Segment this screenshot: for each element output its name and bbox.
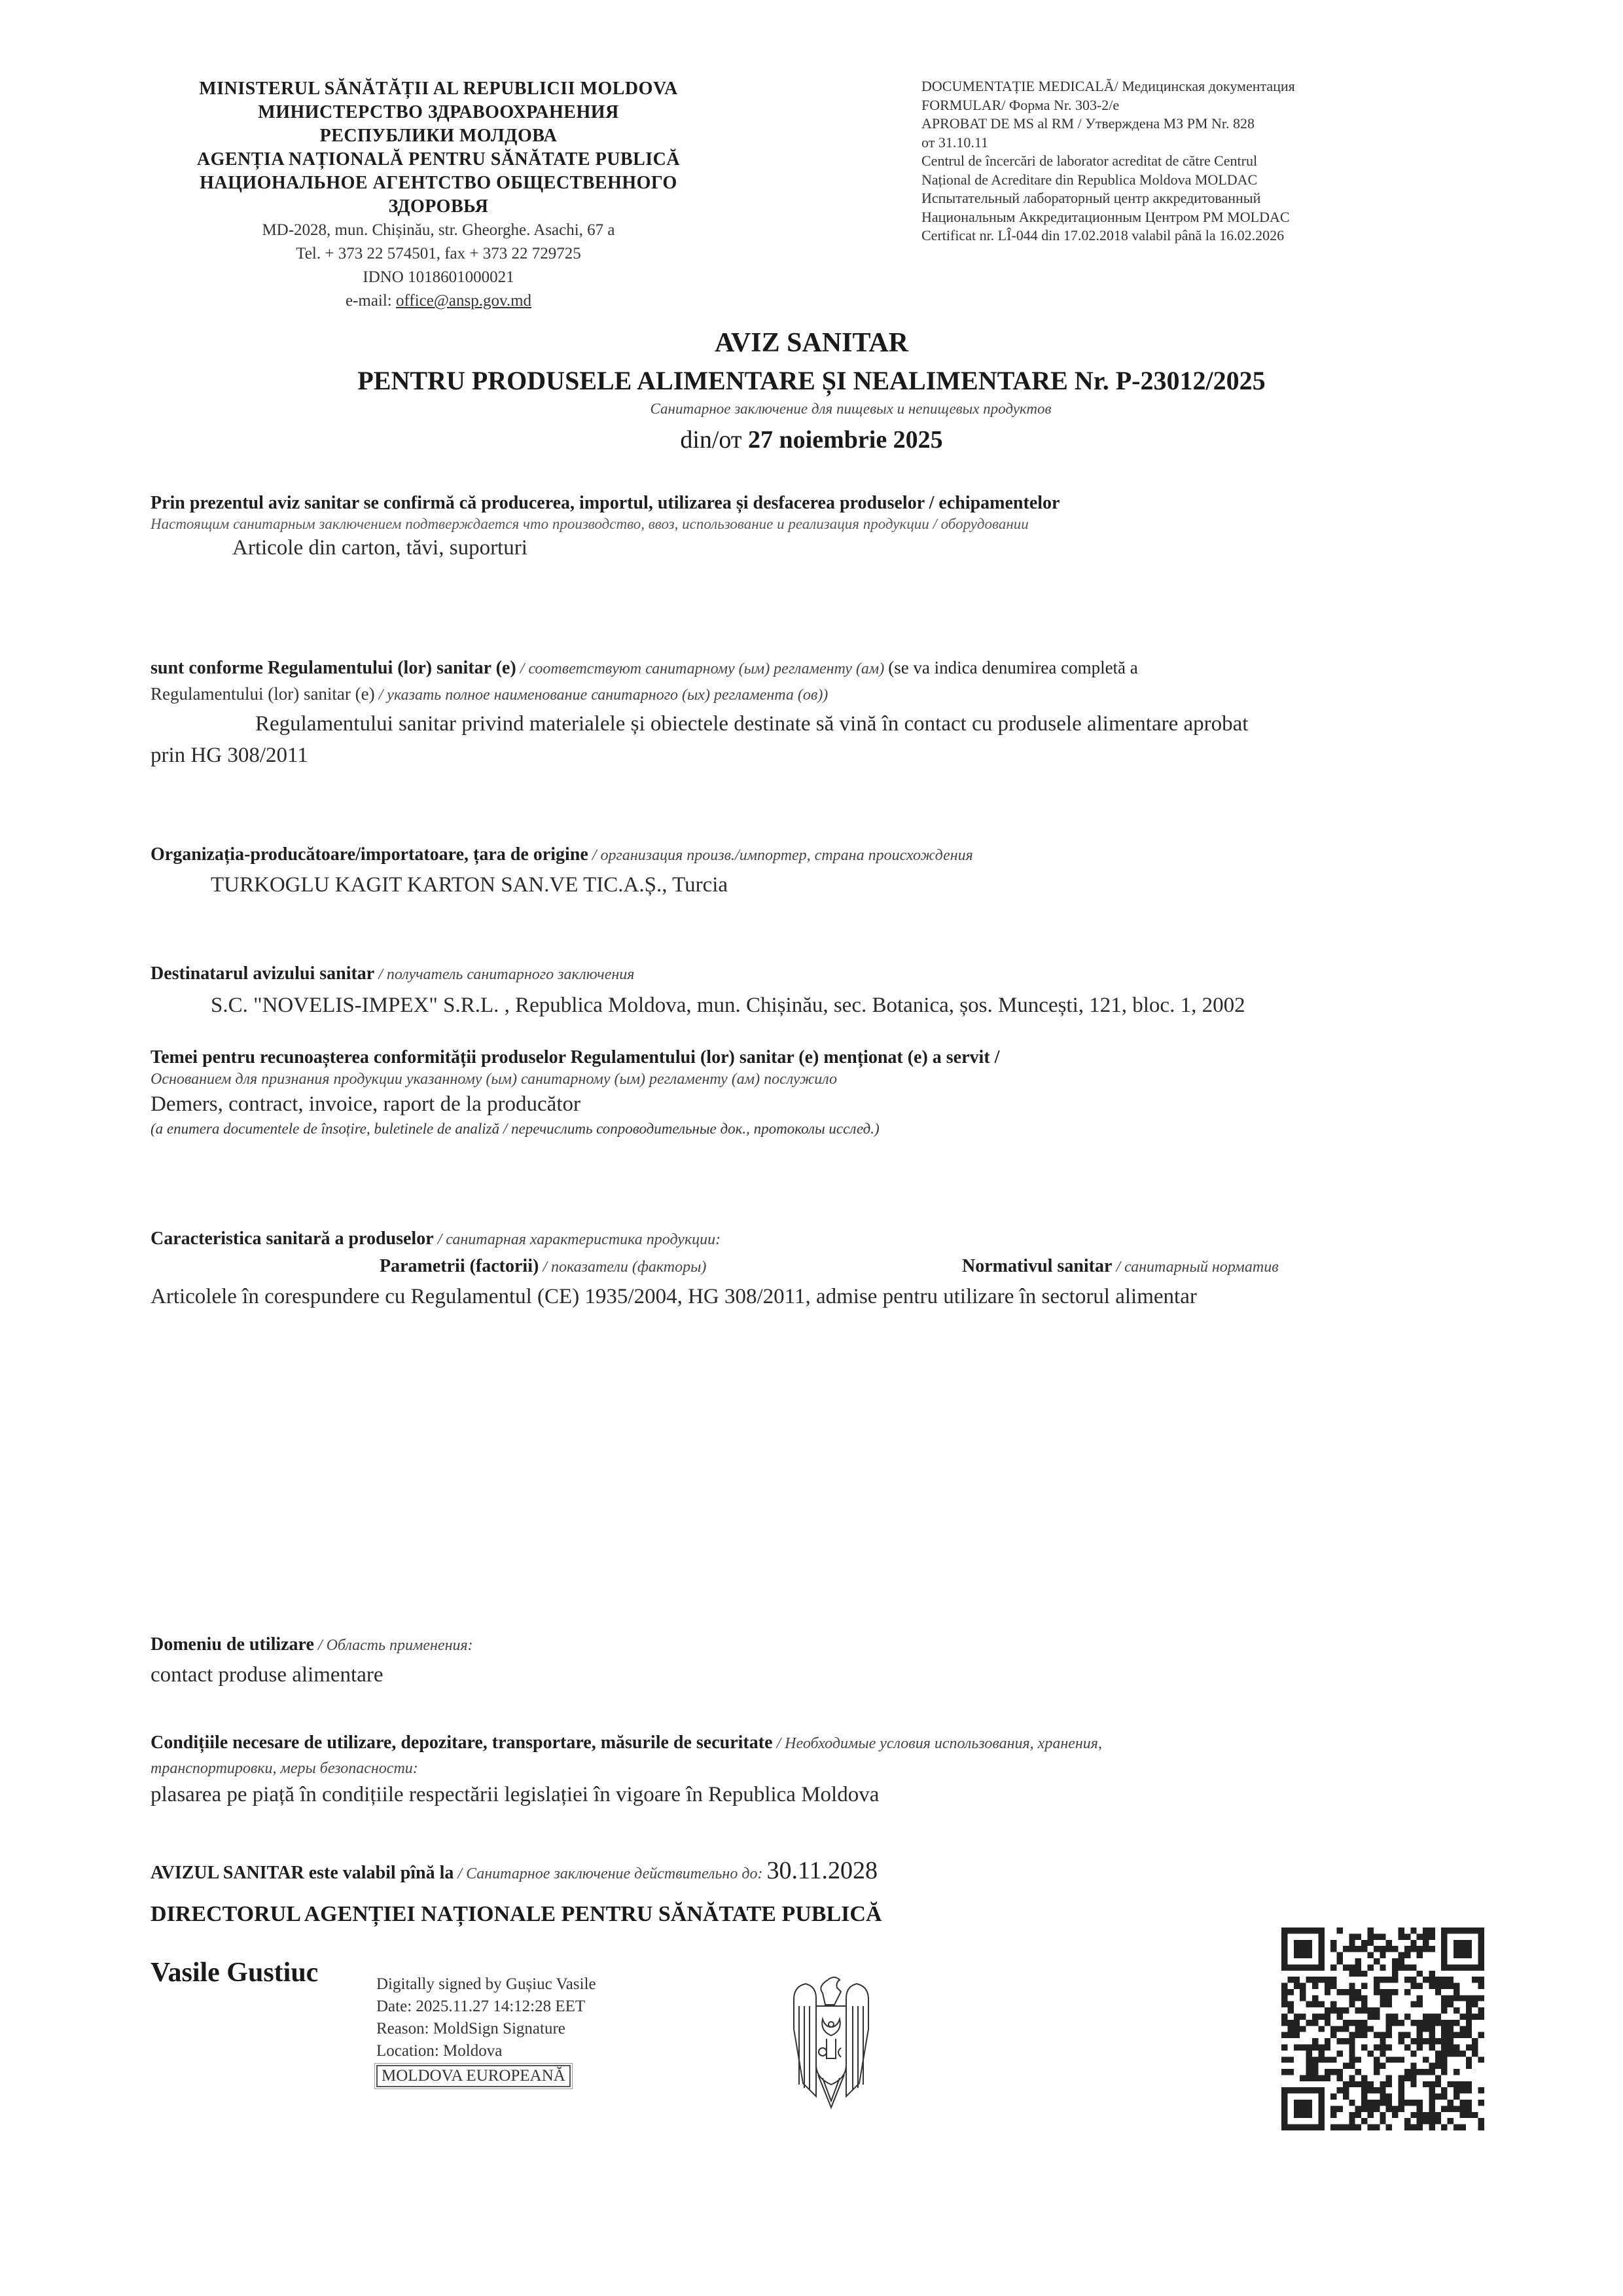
conditions-value: plasarea pe piață în condițiile respectă… bbox=[151, 1780, 1558, 1810]
document-date: din/от 27 noiembrie 2025 bbox=[0, 423, 1623, 457]
validity-label-ru: / Санитарное заключение действительно до… bbox=[454, 1865, 766, 1882]
metadata-line: Certificat nr. LÎ-044 din 17.02.2018 val… bbox=[921, 226, 1458, 245]
section-label: Destinatarul avizului sanitar bbox=[151, 963, 374, 984]
section-recipient: Destinatarul avizului sanitar / получате… bbox=[151, 962, 1558, 1022]
section-label: Regulamentului (lor) sanitar (e) bbox=[151, 684, 375, 704]
signature-reason: Reason: MoldSign Signature bbox=[376, 2018, 596, 2040]
issuer-line: ЗДОРОВЬЯ bbox=[151, 195, 726, 219]
digital-signature-block: Digitally signed by Gușiuc Vasile Date: … bbox=[376, 1973, 596, 2087]
metadata-line: Centrul de încercări de laborator acredi… bbox=[921, 152, 1458, 171]
section-label-ru: / санитарная характеристика продукции: bbox=[434, 1231, 721, 1248]
section-label: Condițiile necesare de utilizare, depozi… bbox=[151, 1732, 773, 1753]
date-value: 27 noiembrie 2025 bbox=[748, 426, 943, 454]
email-link[interactable]: office@ansp.gov.md bbox=[396, 292, 531, 310]
metadata-line: DOCUMENTAȚIE MEDICALĂ/ Медицинская докум… bbox=[921, 77, 1458, 96]
recipient-value: S.C. "NOVELIS-IMPEX" S.R.L. , Republica … bbox=[151, 988, 1558, 1022]
section-confirm: Prin prezentul aviz sanitar se confirmă … bbox=[151, 492, 1525, 562]
section-basis: Temei pentru recunoașterea conformității… bbox=[151, 1046, 1525, 1139]
signature-stamp: MOLDOVA EUROPEANĂ bbox=[376, 2065, 571, 2087]
products-value: Articole din carton, tăvi, suporturi bbox=[151, 534, 1525, 562]
metadata-line: FORMULAR/ Форма Nr. 303-2/e bbox=[921, 96, 1458, 115]
metadata-line: от 31.10.11 bbox=[921, 134, 1458, 152]
column-header-normative: Normativul sanitar / санитарный норматив bbox=[962, 1253, 1279, 1282]
section-label-ru: / соответствуют санитарному (ым) регламе… bbox=[516, 660, 889, 677]
section-label: Temei pentru recunoașterea conformității… bbox=[151, 1046, 1525, 1069]
domain-value: contact produse alimentare bbox=[151, 1659, 1525, 1691]
section-label: Organizația-producătoare/importatoare, ț… bbox=[151, 844, 588, 865]
metadata-line: Испытательный лабораторный центр аккреди… bbox=[921, 189, 1458, 208]
section-label: Domeniu de utilizare bbox=[151, 1634, 314, 1655]
issuer-email-row: e-mail: office@ansp.gov.md bbox=[151, 289, 726, 313]
issuer-header: MINISTERUL SĂNĂTĂȚII AL REPUBLICII MOLDO… bbox=[151, 77, 726, 313]
signed-by: Digitally signed by Gușiuc Vasile bbox=[376, 1973, 596, 1996]
regulation-value-cont: prin HG 308/2011 bbox=[151, 741, 1525, 770]
issuer-line: МИНИСТЕРСТВО ЗДРАВООХРАНЕНИЯ bbox=[151, 101, 726, 124]
section-conform: sunt conforme Regulamentului (lor) sanit… bbox=[151, 655, 1525, 770]
regulation-value: Regulamentului sanitar privind materiale… bbox=[151, 707, 1525, 741]
issuer-idno: IDNO 1018601000021 bbox=[151, 266, 726, 289]
issuer-line: MINISTERUL SĂNĂTĂȚII AL REPUBLICII MOLDO… bbox=[151, 77, 726, 101]
issuer-line: НАЦИОНАЛЬНОЕ АГЕНТСТВО ОБЩЕСТВЕННОГО bbox=[151, 171, 726, 195]
date-prefix: din/от bbox=[680, 426, 748, 454]
section-label-ru: / получатель санитарного заключения bbox=[374, 966, 634, 983]
director-name: Vasile Gustiuc bbox=[151, 1957, 318, 1988]
qr-code-icon[interactable] bbox=[1281, 1928, 1484, 2130]
issuer-line: РЕСПУБЛИКИ МОЛДОВА bbox=[151, 124, 726, 148]
validity-label-rest: este valabil pînă la bbox=[304, 1863, 454, 1883]
validity-row: AVIZUL SANITAR este valabil pînă la / Са… bbox=[151, 1854, 1558, 1893]
section-label-ru: Настоящим санитарным заключением подтвер… bbox=[151, 514, 1525, 534]
document-subtitle-ru: Санитарное заключение для пищевых и непи… bbox=[0, 398, 1623, 420]
moldova-coat-of-arms-icon bbox=[782, 1967, 880, 2117]
section-label-ru: / Область применения: bbox=[314, 1637, 473, 1654]
section-label-ru: транспортировки, меры безопасности: bbox=[151, 1757, 1558, 1780]
section-label-ru: / указать полное наименование санитарног… bbox=[375, 687, 829, 704]
metadata-line: Național de Acreditare din Republica Mol… bbox=[921, 171, 1458, 190]
document-subtitle: PENTRU PRODUSELE ALIMENTARE ȘI NEALIMENT… bbox=[0, 364, 1623, 398]
section-label-ru: Основанием для признания продукции указа… bbox=[151, 1069, 1525, 1089]
column-header-parameters: Parametrii (factorii) / показатели (факт… bbox=[380, 1253, 706, 1282]
issuer-address: MD-2028, mun. Chișinău, str. Gheorghe. A… bbox=[151, 219, 726, 242]
basis-note: (a enumera documentele de însoțire, bule… bbox=[151, 1119, 1525, 1139]
signature-date: Date: 2025.11.27 14:12:28 EET bbox=[376, 1996, 596, 2018]
document-title-block: AVIZ SANITAR PENTRU PRODUSELE ALIMENTARE… bbox=[0, 326, 1623, 457]
section-domain: Domeniu de utilizare / Область применени… bbox=[151, 1633, 1525, 1691]
director-title: DIRECTORUL AGENȚIEI NAȚIONALE PENTRU SĂN… bbox=[151, 1898, 1558, 1931]
form-metadata: DOCUMENTAȚIE MEDICALĂ/ Медицинская докум… bbox=[921, 77, 1458, 245]
signature-location: Location: Moldova bbox=[376, 2040, 596, 2062]
section-characteristics: Caracteristica sanitară a produselor / с… bbox=[151, 1227, 1558, 1314]
section-producer: Organizația-producătoare/importatoare, ț… bbox=[151, 843, 1525, 901]
section-label-ru: / организация произв./импортер, страна п… bbox=[588, 847, 973, 864]
issuer-phone: Tel. + 373 22 574501, fax + 373 22 72972… bbox=[151, 242, 726, 266]
validity-date: 30.11.2028 bbox=[766, 1857, 878, 1884]
validity-label: AVIZUL SANITAR bbox=[151, 1863, 304, 1883]
document-title: AVIZ SANITAR bbox=[0, 326, 1623, 360]
producer-value: TURKOGLU KAGIT KARTON SAN.VE TIC.A.Ș., T… bbox=[151, 869, 1525, 901]
section-note: (se va indica denumirea completă a bbox=[888, 658, 1138, 677]
section-label: sunt conforme Regulamentului (lor) sanit… bbox=[151, 658, 516, 678]
section-conditions: Condițiile necesare de utilizare, depozi… bbox=[151, 1731, 1558, 1810]
section-label: Caracteristica sanitară a produselor bbox=[151, 1229, 434, 1249]
section-label: Prin prezentul aviz sanitar se confirmă … bbox=[151, 492, 1525, 514]
metadata-line: Национальным Аккредитационным Центром РМ… bbox=[921, 208, 1458, 227]
issuer-line: AGENȚIA NAȚIONALĂ PENTRU SĂNĂTATE PUBLIC… bbox=[151, 148, 726, 171]
metadata-line: APROBAT DE MS al RM / Утверждена МЗ РМ N… bbox=[921, 115, 1458, 134]
email-label: e-mail: bbox=[346, 292, 396, 310]
basis-value: Demers, contract, invoice, raport de la … bbox=[151, 1089, 1525, 1119]
characteristics-value: Articolele în corespundere cu Regulament… bbox=[151, 1280, 1558, 1314]
section-label-ru: / Необходимые условия использования, хра… bbox=[773, 1735, 1102, 1752]
